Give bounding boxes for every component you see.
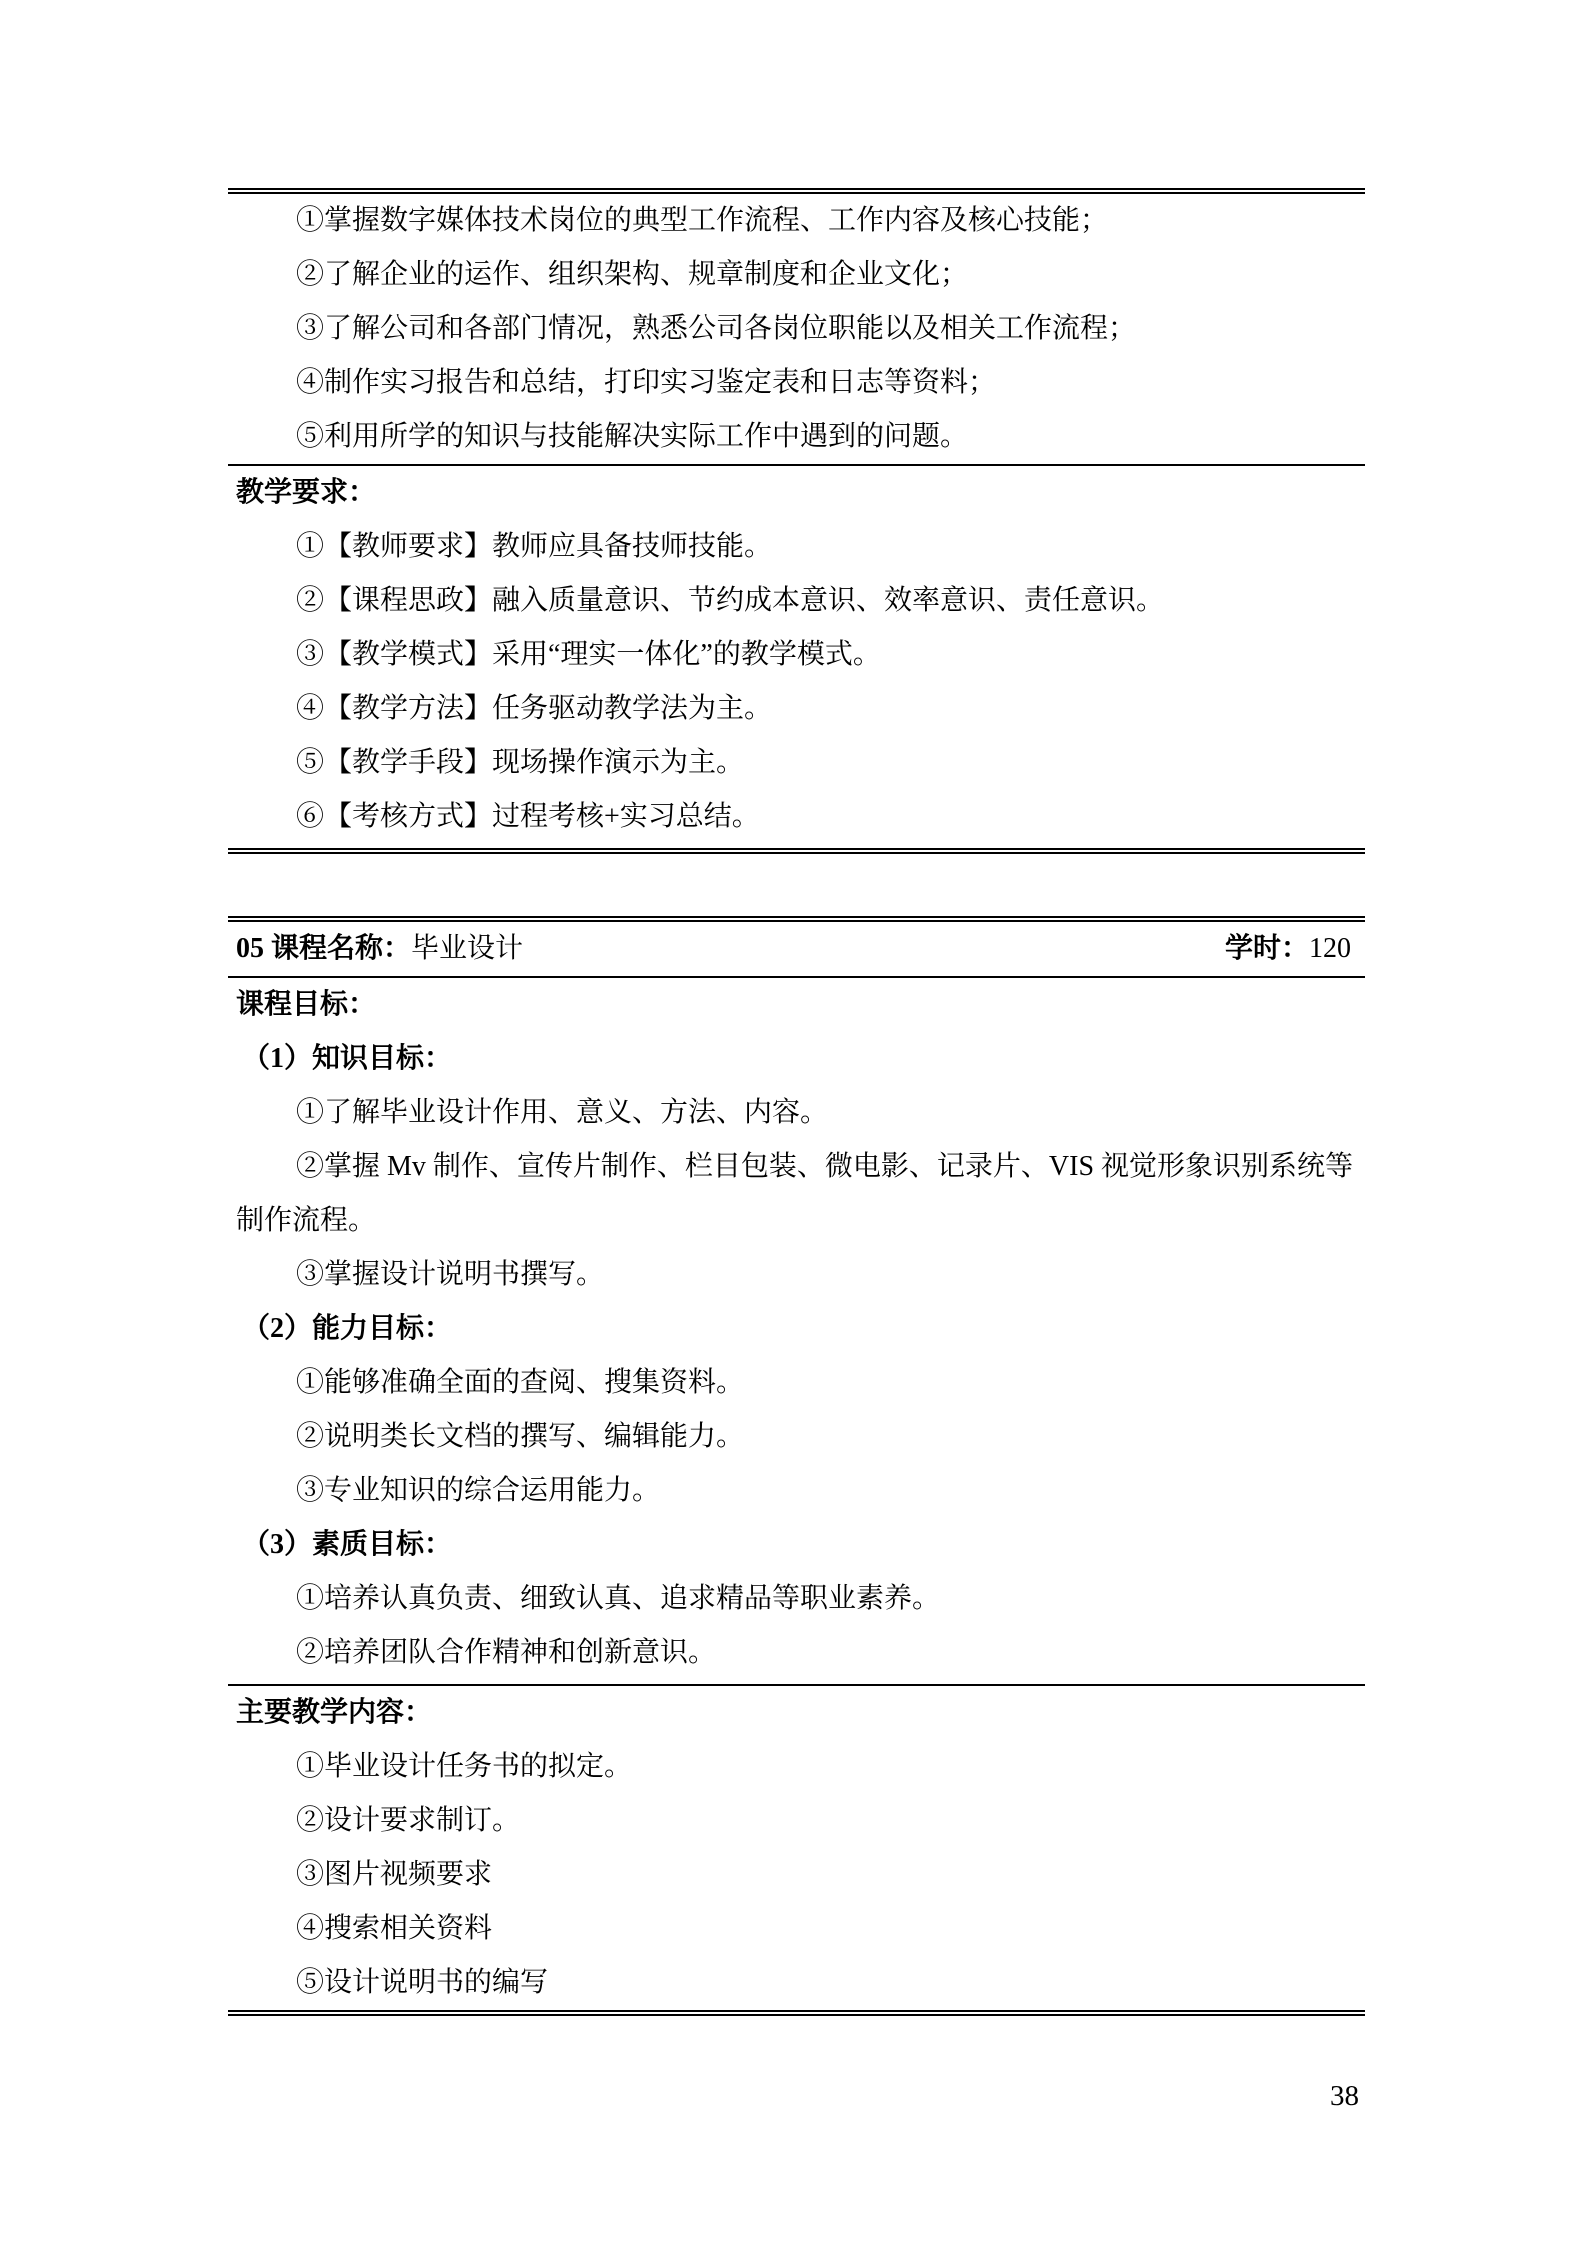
- list-item: ①培养认真负责、细致认真、追求精品等职业素养。: [228, 1572, 1365, 1626]
- internship-course-table: ①掌握数字媒体技术岗位的典型工作流程、工作内容及核心技能； ②了解企业的运作、组…: [228, 188, 1365, 854]
- list-item: ①能够准确全面的查阅、搜集资料。: [228, 1356, 1365, 1410]
- page-number: 38: [1330, 2078, 1359, 2114]
- main-teaching-content-section: 主要教学内容： ①毕业设计任务书的拟定。 ②设计要求制订。 ③图片视频要求 ④搜…: [228, 1686, 1365, 2010]
- internship-content-list: ①掌握数字媒体技术岗位的典型工作流程、工作内容及核心技能； ②了解企业的运作、组…: [228, 194, 1365, 466]
- course-name-value: 毕业设计: [411, 933, 523, 964]
- list-item: ①毕业设计任务书的拟定。: [228, 1740, 1365, 1794]
- course-objectives-heading: 课程目标：: [228, 978, 1365, 1032]
- list-item: ①了解毕业设计作用、意义、方法、内容。: [228, 1086, 1365, 1140]
- graduation-design-course-table: 05 课程名称：毕业设计 学时：120 课程目标： （1）知识目标： ①了解毕业…: [228, 916, 1365, 2016]
- list-item: ①【教师要求】教师应具备技师技能。: [228, 520, 1365, 574]
- list-item: ⑤利用所学的知识与技能解决实际工作中遇到的问题。: [228, 410, 1365, 464]
- list-item: ③了解公司和各部门情况，熟悉公司各岗位职能以及相关工作流程；: [228, 302, 1365, 356]
- list-item: ④【教学方法】任务驱动教学法为主。: [228, 682, 1365, 736]
- list-item: ②设计要求制订。: [228, 1794, 1365, 1848]
- course-objectives-section: 课程目标： （1）知识目标： ①了解毕业设计作用、意义、方法、内容。 ②掌握 M…: [228, 978, 1365, 1686]
- document-page: ①掌握数字媒体技术岗位的典型工作流程、工作内容及核心技能； ②了解企业的运作、组…: [0, 0, 1587, 2245]
- list-item: ③【教学模式】采用“理实一体化”的教学模式。: [228, 628, 1365, 682]
- list-item: ③专业知识的综合运用能力。: [228, 1464, 1365, 1518]
- course-header-row: 05 课程名称：毕业设计 学时：120: [228, 922, 1365, 978]
- list-item: ⑤【教学手段】现场操作演示为主。: [228, 736, 1365, 790]
- course-title: 05 课程名称：毕业设计: [236, 922, 523, 976]
- course-hours-value: 120: [1309, 933, 1351, 964]
- list-item: ②掌握 Mv 制作、宣传片制作、栏目包装、微电影、记录片、VIS 视觉形象识别系…: [228, 1140, 1365, 1248]
- list-item: ⑥【考核方式】过程考核+实习总结。: [228, 790, 1365, 844]
- main-teaching-content-heading: 主要教学内容：: [228, 1686, 1365, 1740]
- list-item: ③图片视频要求: [228, 1848, 1365, 1902]
- course-hours-label: 学时：: [1225, 933, 1309, 964]
- document-body: ①掌握数字媒体技术岗位的典型工作流程、工作内容及核心技能； ②了解企业的运作、组…: [228, 188, 1365, 2016]
- list-item: ②【课程思政】融入质量意识、节约成本意识、效率意识、责任意识。: [228, 574, 1365, 628]
- quality-objectives-heading: （3）素质目标：: [228, 1518, 1365, 1572]
- course-hours: 学时：120: [1225, 922, 1351, 976]
- list-item: ②培养团队合作精神和创新意识。: [228, 1626, 1365, 1680]
- list-item: ④制作实习报告和总结，打印实习鉴定表和日志等资料；: [228, 356, 1365, 410]
- knowledge-objectives-heading: （1）知识目标：: [228, 1032, 1365, 1086]
- list-item: ②了解企业的运作、组织架构、规章制度和企业文化；: [228, 248, 1365, 302]
- teaching-requirements-section: 教学要求： ①【教师要求】教师应具备技师技能。 ②【课程思政】融入质量意识、节约…: [228, 466, 1365, 848]
- teaching-requirements-heading: 教学要求：: [228, 466, 1365, 520]
- list-item: ②说明类长文档的撰写、编辑能力。: [228, 1410, 1365, 1464]
- list-item: ⑤设计说明书的编写: [228, 1956, 1365, 2010]
- list-item: ④搜索相关资料: [228, 1902, 1365, 1956]
- ability-objectives-heading: （2）能力目标：: [228, 1302, 1365, 1356]
- course-name-label: 05 课程名称：: [236, 933, 411, 964]
- list-item: ①掌握数字媒体技术岗位的典型工作流程、工作内容及核心技能；: [228, 194, 1365, 248]
- list-item: ③掌握设计说明书撰写。: [228, 1248, 1365, 1302]
